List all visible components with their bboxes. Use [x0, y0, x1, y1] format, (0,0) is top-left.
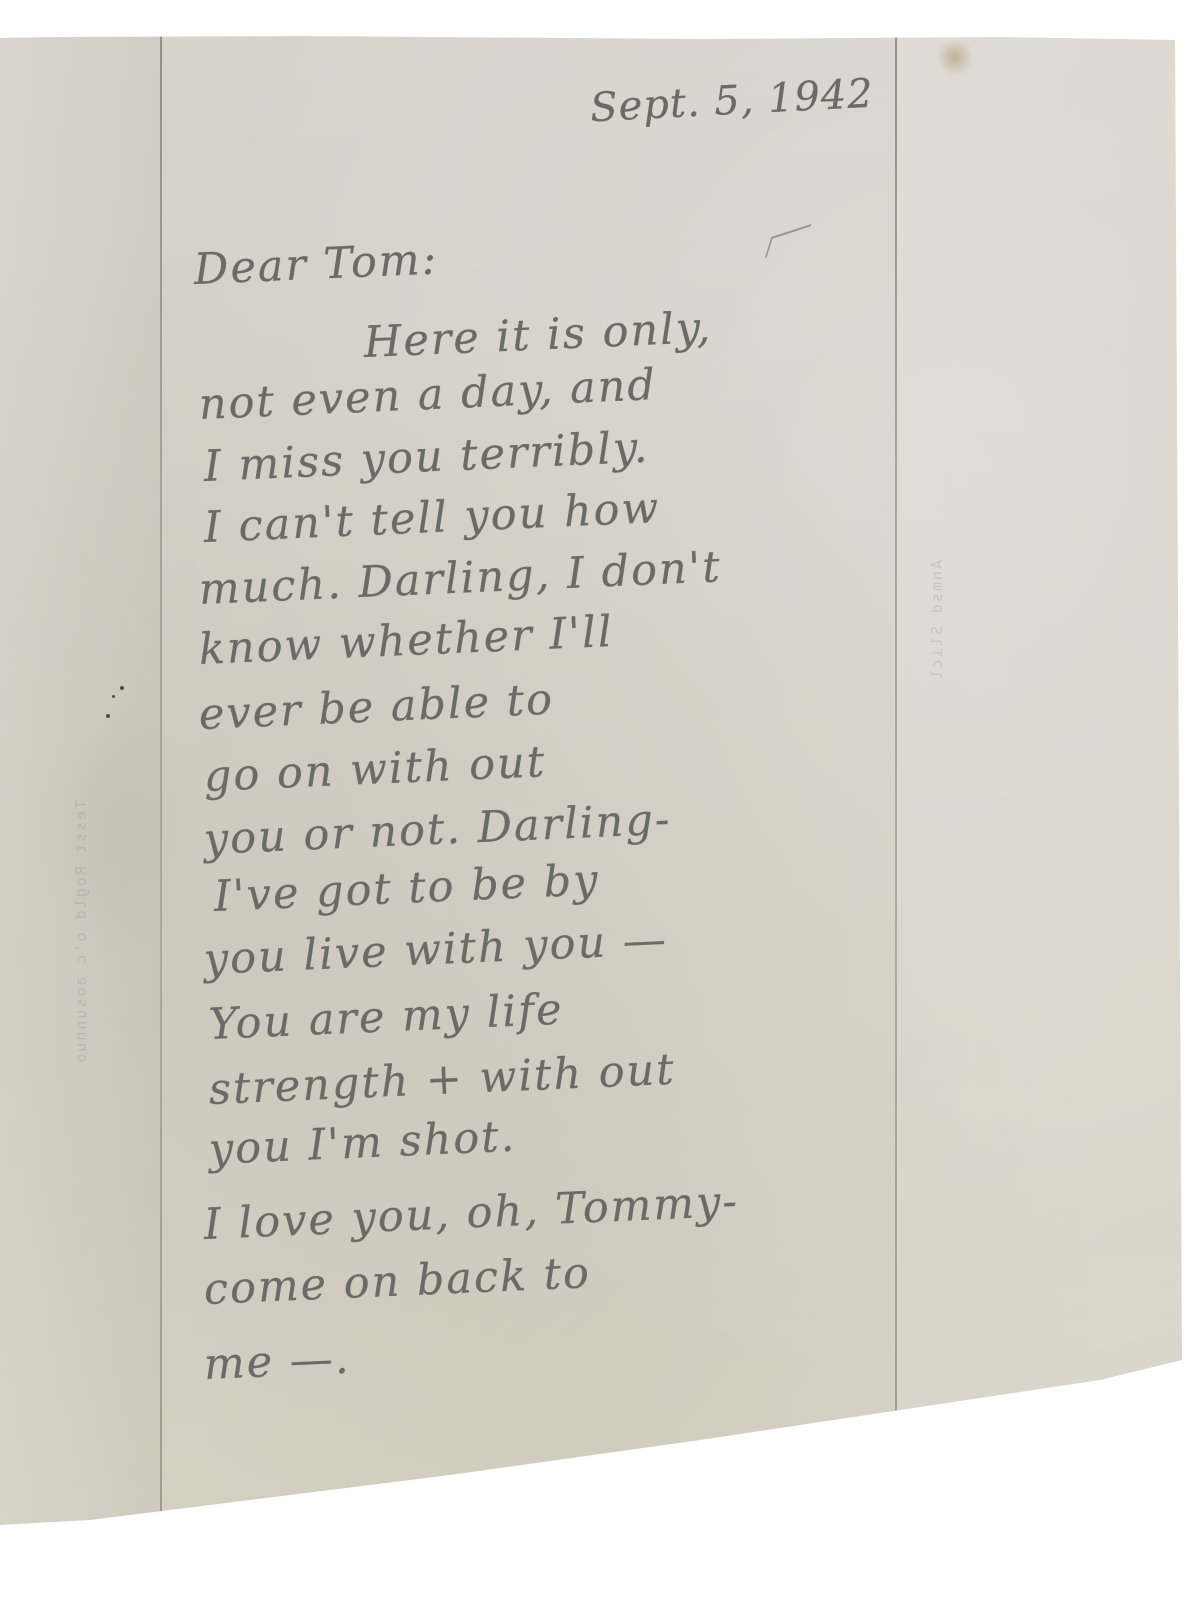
right-fold-panel — [896, 0, 1200, 1600]
letter-line: Here it is only, — [363, 303, 713, 368]
letter-line: I've got to be by — [213, 855, 601, 922]
letter-date: Sept. 5, 1942 — [589, 71, 875, 132]
letter-line: much. Darling, I don't — [198, 542, 723, 615]
letter-line: ever be able to — [198, 675, 555, 740]
bleed-through-text: Anmsd Slicl — [928, 560, 946, 681]
salutation: Dear Tom: — [193, 234, 439, 295]
stain-mark — [40, 700, 200, 960]
letter-line: know whether I'll — [198, 607, 615, 675]
letter-line: you or not. Darling- — [203, 795, 673, 865]
letter-paper: Tesst Rogld o'c aosunnuo Anmsd Slicl Sep… — [0, 0, 1200, 1600]
stain-mark — [935, 40, 975, 75]
letter-line: you I'm shot. — [208, 1112, 517, 1175]
bleed-through-text: Tesst Rogld o'c aosunnuo — [72, 800, 90, 1065]
ink-dot — [106, 714, 110, 718]
ink-dot — [120, 686, 124, 690]
letter-line: strength + with out — [208, 1045, 677, 1115]
letter-line: not even a day, and — [198, 360, 658, 430]
letter-line: I can't tell you how — [203, 483, 661, 553]
letter-line: go on with out — [203, 737, 547, 802]
ink-dot — [112, 695, 115, 698]
letter-line: me —. — [203, 1334, 352, 1390]
right-fold-line — [895, 0, 897, 1600]
letter-line: I love you, oh, Tommy- — [203, 1177, 740, 1250]
letter-line: You are my life — [208, 985, 565, 1050]
letter-line: you live with you — — [203, 915, 669, 985]
pencil-mark — [765, 224, 811, 258]
letter-line: I miss you terribly. — [203, 423, 650, 492]
letter-line: come on back to — [203, 1248, 592, 1315]
